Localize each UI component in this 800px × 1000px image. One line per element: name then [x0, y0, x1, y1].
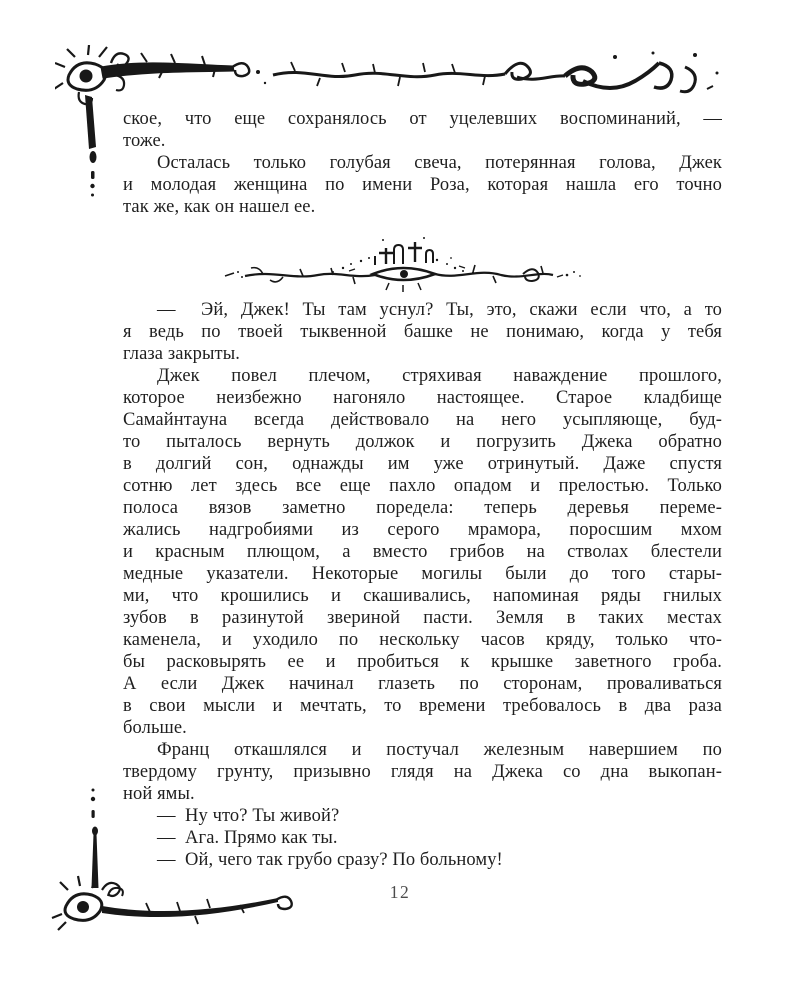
text-line: медные указатели. Некоторые могилы были … [123, 563, 722, 585]
bottom-border-ornament [50, 778, 310, 936]
text-section-top: ское, что еще сохранялось от уцелевших в… [123, 108, 722, 218]
text-line: сотню лет здесь все еще пахло опадом и п… [123, 475, 722, 497]
section-divider-ornament [223, 236, 583, 294]
text-line: бы расковырять ее и пробиться к крышке з… [123, 651, 722, 673]
page-text: ское, что еще сохранялось от уцелевших в… [123, 108, 722, 871]
text-line: тоже. [123, 130, 722, 152]
paragraph: Джек повел плечом, стряхивая наваждение … [123, 365, 722, 739]
text-line: которое неизбежно нагоняло настоящее. Ст… [123, 387, 722, 409]
thorn-vine-eye-corner-icon [50, 778, 310, 936]
text-line: в свои мысли и мечтать, то времени требо… [123, 695, 722, 717]
text-line: я ведь по твоей тыквенной башке не поним… [123, 321, 722, 343]
text-line: Осталась только голубая свеча, потерянна… [123, 152, 722, 174]
text-line: ское, что еще сохранялось от уцелевших в… [123, 108, 722, 130]
text-line: — Эй, Джек! Ты там уснул? Ты, это, скажи… [123, 299, 722, 321]
text-line: Франц откашлялся и постучал железным нав… [123, 739, 722, 761]
text-line: то пыталось вернуть должок и погрузить Д… [123, 431, 722, 453]
text-line: так же, как он нашел ее. [123, 196, 722, 218]
text-line: глаза закрыты. [123, 343, 722, 365]
text-line: А если Джек начинал глазеть по сторонам,… [123, 673, 722, 695]
text-line: жались надгробиями из серого мрамора, по… [123, 519, 722, 541]
text-line: и молодая женщина по имени Роза, которая… [123, 174, 722, 196]
text-line: каменела, и уходило по нескольку часов к… [123, 629, 722, 651]
paragraph: ское, что еще сохранялось от уцелевших в… [123, 108, 722, 152]
text-line: в долгий сон, однажды им уже отринутый. … [123, 453, 722, 475]
text-line: полоса вязов заметно поредела: теперь де… [123, 497, 722, 519]
text-line: Джек повел плечом, стряхивая наваждение … [123, 365, 722, 387]
paragraph: Осталась только голубая свеча, потерянна… [123, 152, 722, 218]
text-line: зубов в разинутой звериной пасти. Земля … [123, 607, 722, 629]
text-line: и красным плющом, а вместо грибов на ств… [123, 541, 722, 563]
text-line: ми, что крошились и скашивались, напомин… [123, 585, 722, 607]
paragraph: — Эй, Джек! Ты там уснул? Ты, это, скажи… [123, 299, 722, 365]
page-number: 12 [0, 882, 800, 903]
text-line: больше. [123, 717, 722, 739]
text-line: Самайнтауна всегда действовало на него у… [123, 409, 722, 431]
